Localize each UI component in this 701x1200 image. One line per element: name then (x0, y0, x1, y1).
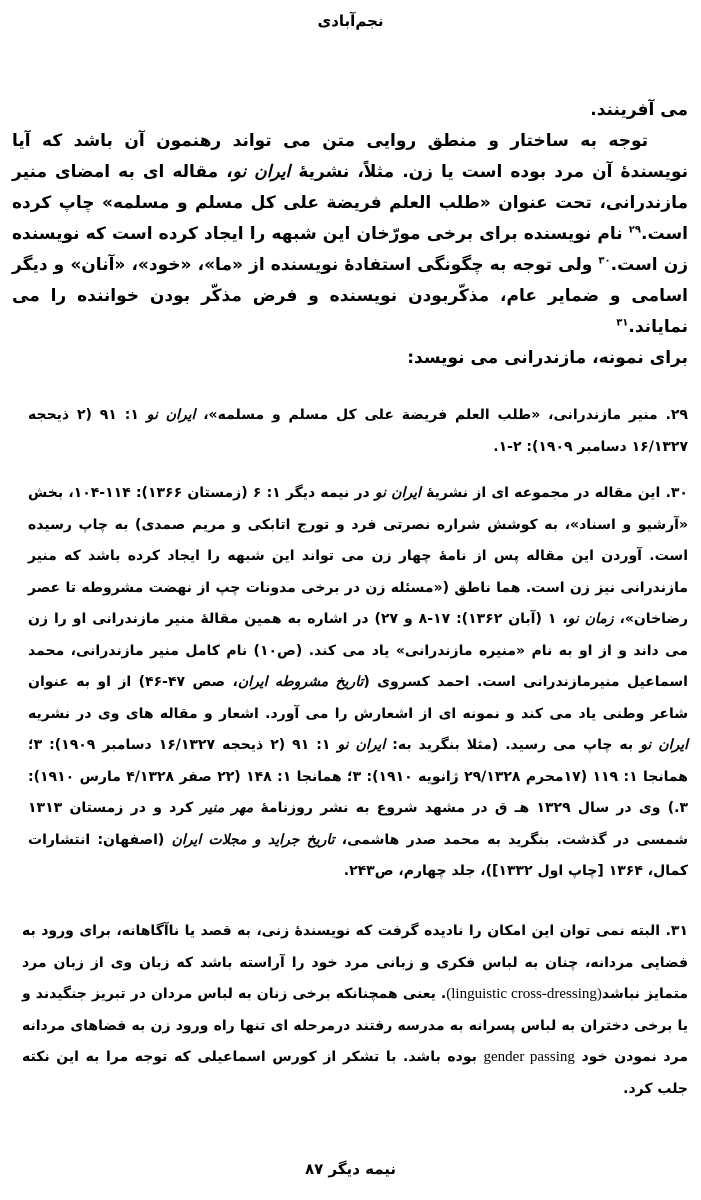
journal-title: ایران نو (233, 162, 291, 182)
main-text: می آفرینند. توجه به ساختار و منطق روایی … (12, 95, 688, 374)
footnote-number: ۳۰. (666, 485, 688, 501)
running-head: نجم‌آبادی (0, 12, 701, 30)
footnote-number: ۳۱. (666, 923, 688, 939)
english-term: gender passing (484, 1049, 575, 1065)
paragraph-main: توجه به ساختار و منطق روایی متن می تواند… (12, 126, 688, 343)
footnote-30: ۳۰. این مقاله در مجموعه ای از نشریهٔ ایر… (28, 478, 688, 888)
footnote-29: ۲۹. منیر مازندرانی، «طلب العلم فریضة علی… (28, 400, 688, 463)
footnote-ref-31[interactable]: ۳۱ (616, 317, 628, 328)
paragraph-continuation: می آفرینند. (12, 95, 688, 126)
page-footer-folio: نیمه دیگر ۸۷ (0, 1160, 701, 1178)
footnote-ref-30[interactable]: ۳۰ (598, 255, 610, 266)
paragraph-quote-intro: برای نمونه، مازندرانی می نویسد: (12, 343, 688, 374)
footnote-31: ۳۱. البته نمی توان این امکان را نادیده گ… (22, 916, 688, 1105)
document-page: نجم‌آبادی می آفرینند. توجه به ساختار و م… (0, 0, 701, 1200)
english-term: (linguistic cross-dressing) (446, 986, 602, 1002)
footnote-ref-29[interactable]: ۲۹ (629, 224, 641, 235)
footnote-number: ۲۹. (666, 407, 688, 423)
